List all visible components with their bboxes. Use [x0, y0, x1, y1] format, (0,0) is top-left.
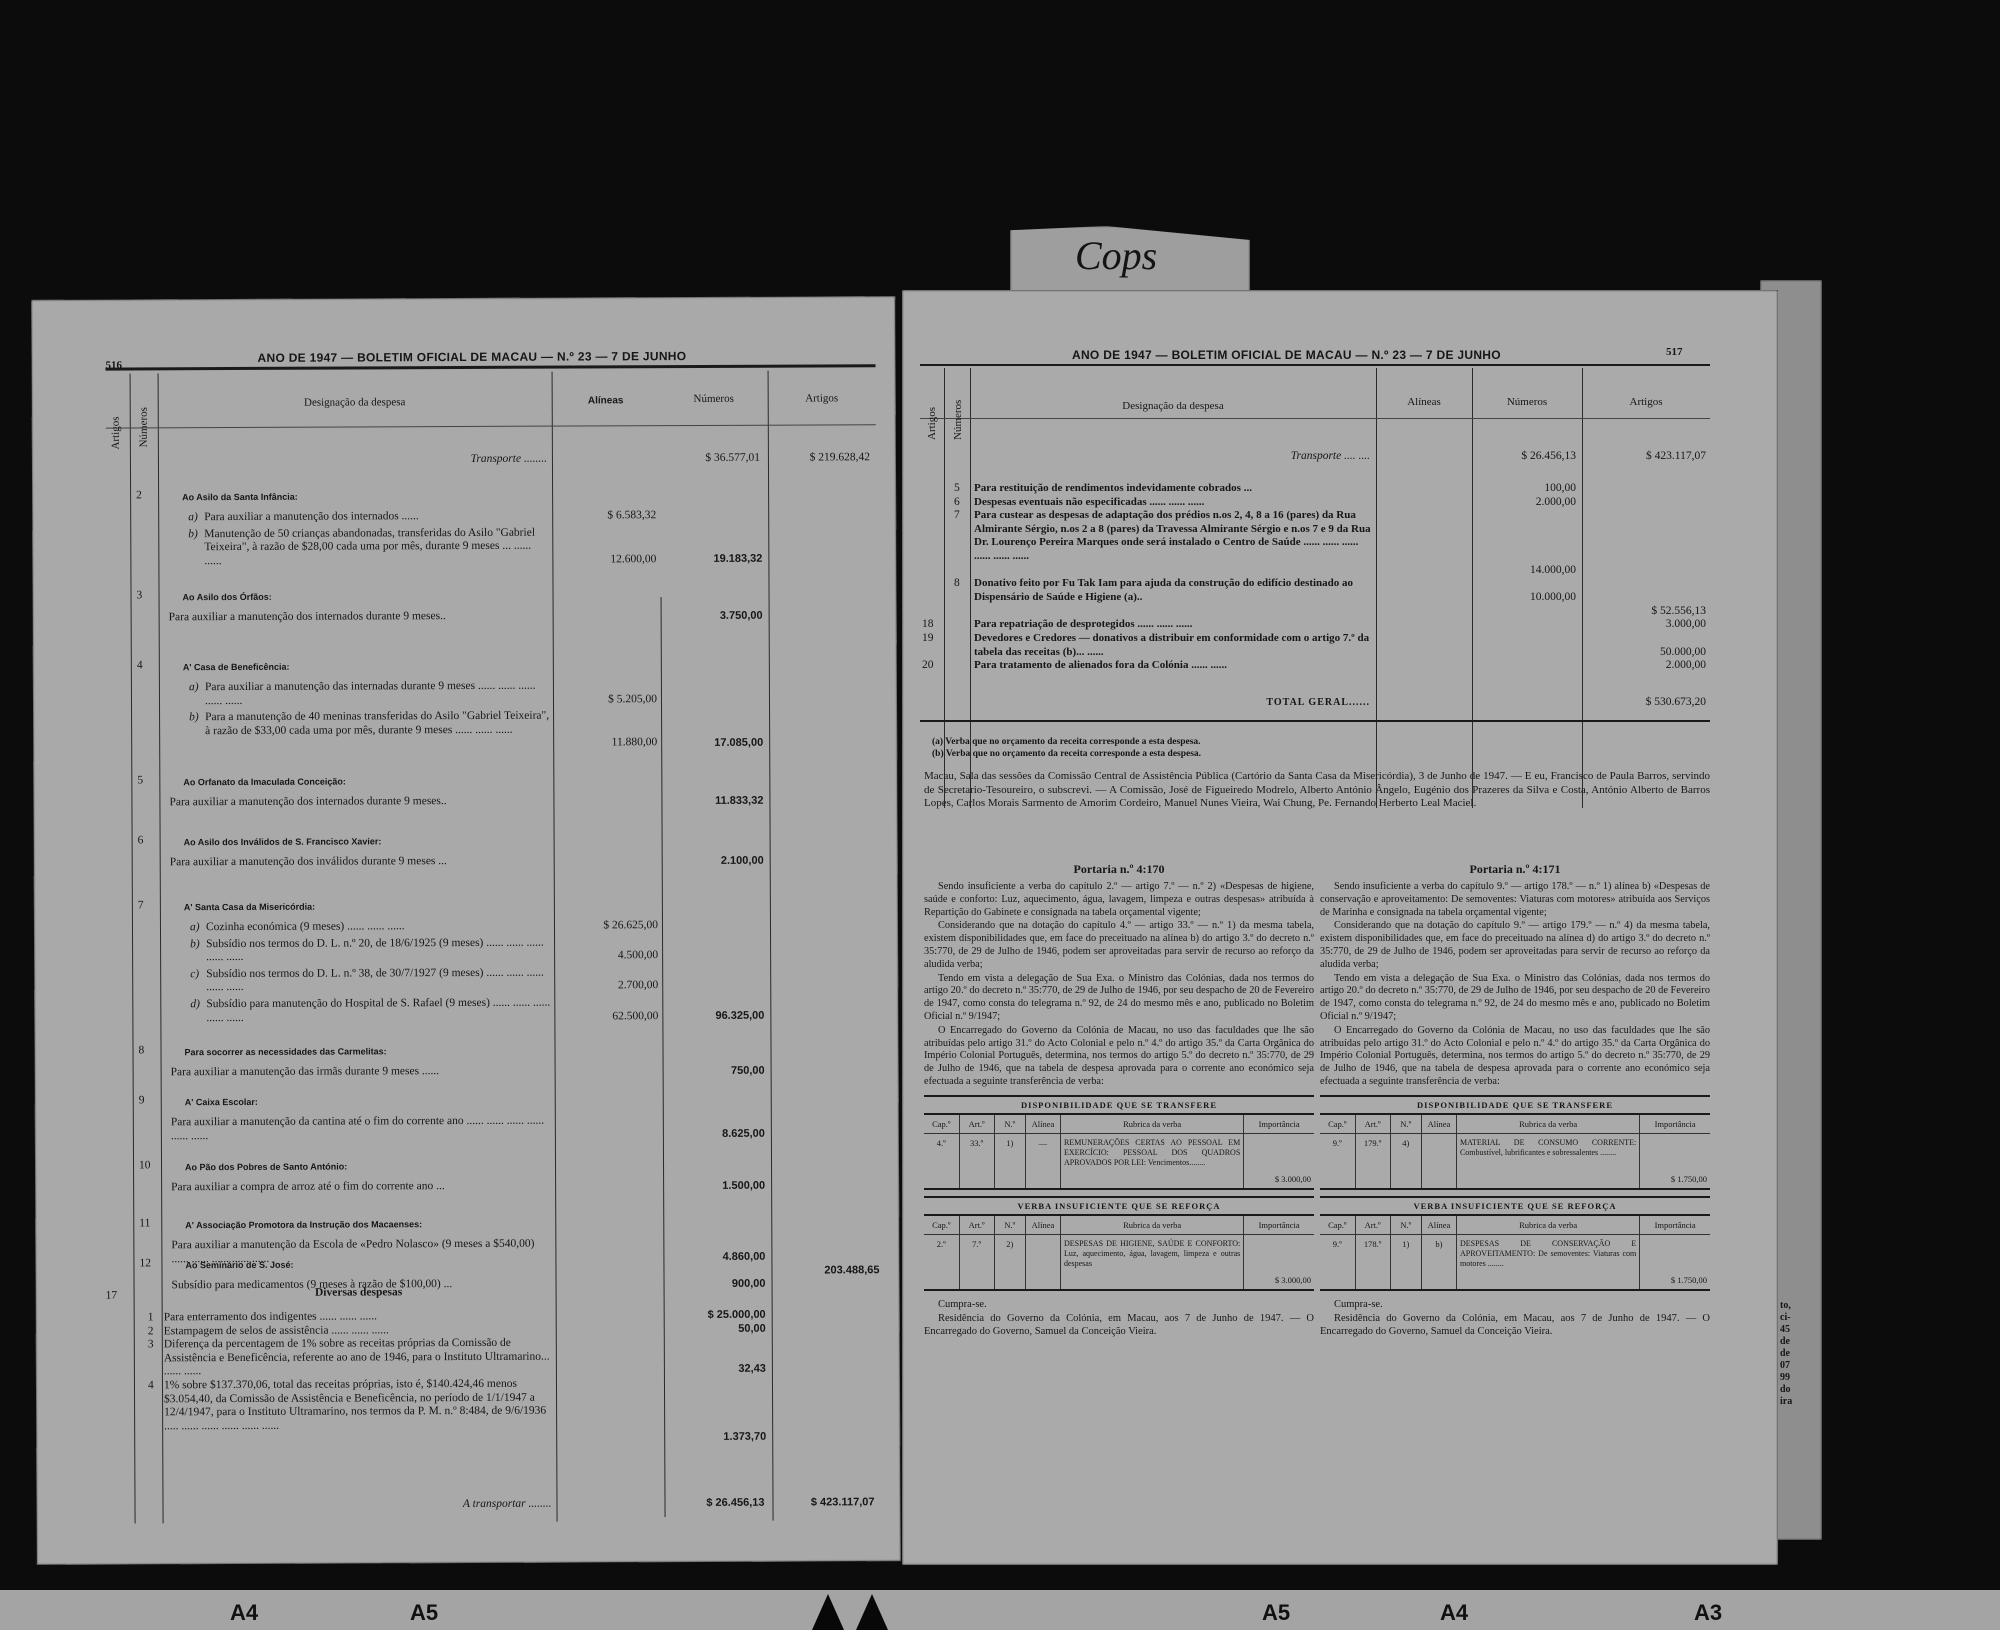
total-geral-label: TOTAL GERAL...... — [1102, 696, 1370, 710]
table-cell: $ 3.000,00 — [1244, 1133, 1314, 1188]
table-header: Rubrica da verba — [1456, 1115, 1639, 1134]
right-page: ANO DE 1947 — BOLETIM OFICIAL DE MACAU —… — [902, 290, 1778, 1565]
item-number: 3 — [148, 1339, 154, 1353]
table-cell: DESPESAS DE CONSERVAÇÃO E APROVEITAMENTO… — [1456, 1234, 1639, 1289]
section-number: 4 — [137, 659, 143, 673]
item-letter: a) — [189, 681, 199, 695]
table-header: Cap.º — [924, 1115, 959, 1134]
signature: Residência do Governo da Colónia, em Mac… — [924, 1313, 1314, 1339]
table-header: Cap.º — [1320, 1115, 1355, 1134]
table-header: N.º — [994, 1115, 1025, 1134]
table-cell: 1) — [1390, 1234, 1421, 1289]
table-title: VERBA INSUFICIENTE QUE SE REFORÇA — [924, 1198, 1314, 1216]
row-text: Para tratamento de alienados fora da Col… — [974, 659, 1372, 673]
row-numero: 6 — [954, 496, 960, 510]
a-transportar-numeros: $ 26.456,13 — [664, 1497, 764, 1509]
edge-fragment: 07 — [1780, 1360, 1792, 1372]
table-cell: 4.º — [924, 1133, 959, 1188]
row-text: Para custear as despesas de adaptação do… — [974, 509, 1372, 563]
section-title: Ao Orfanato da Imaculada Conceição: — [183, 776, 346, 790]
section-number: 10 — [139, 1159, 151, 1173]
section-number: 11 — [139, 1217, 150, 1231]
item-text: Para auxiliar a manutenção das internada… — [205, 680, 551, 709]
item-text: Para auxiliar a manutenção dos internado… — [169, 795, 551, 810]
table-cell: $ 1.750,00 — [1640, 1234, 1710, 1289]
col-artigos: Artigos — [110, 416, 122, 449]
table-title: DISPONIBILIDADE QUE SE TRANSFERE — [924, 1097, 1314, 1115]
film-marker-triangle — [856, 1594, 888, 1630]
edge-fragment: 99 — [1780, 1372, 1792, 1384]
film-mark: A4 — [230, 1600, 258, 1626]
portaria-paragraph: Sendo insuficiente a verba do capítulo 2… — [924, 881, 1314, 919]
row-artigos-amount: 2.000,00 — [1586, 659, 1706, 671]
table-cell: REMUNERAÇÕES CERTAS AO PESSOAL EM EXERCÍ… — [1060, 1133, 1243, 1188]
table-cell: 33.º — [959, 1133, 994, 1188]
section-number: 12 — [139, 1257, 151, 1271]
item-alinea-amount: 2.700,00 — [556, 980, 658, 992]
edge-fragment: de — [1780, 1336, 1792, 1348]
col-numeros: Números — [952, 400, 964, 440]
row-numero: 8 — [954, 577, 960, 591]
item-text: Manutenção de 50 crianças abandonadas, t… — [204, 526, 550, 568]
transporte-artigos: $ 219.628,42 — [772, 451, 870, 463]
section-title: Ao Seminário de S. José: — [185, 1259, 293, 1273]
table-cell: b) — [1421, 1234, 1456, 1289]
row-text: Donativo feito por Fu Tak Iam para ajuda… — [974, 577, 1372, 604]
item-alinea-amount: 4.500,00 — [556, 949, 658, 961]
row-text: Devedores e Credores — donativos a distr… — [974, 632, 1372, 659]
a-transportar-label: A transportar ........ — [336, 1498, 551, 1513]
item-letter: a) — [188, 511, 198, 525]
transporte-label: Transporte .... .... — [1102, 450, 1370, 464]
item-alinea-amount: 11.880,00 — [555, 737, 657, 749]
portaria-paragraph: Tendo em vista a delegação de Sua Exa. o… — [1320, 973, 1710, 1024]
row-text: Para restituição de rendimentos indevida… — [974, 482, 1372, 496]
film-marker-triangle — [812, 1594, 844, 1630]
item-text: Subsídio nos termos do D. L. n.º 20, de … — [206, 936, 552, 965]
row-artigo: 18 — [922, 618, 934, 632]
table-cell: — — [1025, 1133, 1060, 1188]
item-alinea-amount: $ 6.583,32 — [554, 509, 656, 521]
film-mark: A5 — [1262, 1600, 1290, 1626]
row-artigos-amount: 3.000,00 — [1586, 618, 1706, 630]
table-cell: $ 3.000,00 — [1244, 1234, 1314, 1289]
row-text: Despesas eventuais não especificadas ...… — [974, 496, 1372, 510]
transfer-table: Cap.ºArt.ºN.ºAlíneaRubrica da verbaImpor… — [1320, 1115, 1710, 1188]
total-geral-value: $ 530.673,20 — [1586, 696, 1706, 708]
table-cell: 178.º — [1355, 1234, 1390, 1289]
section-title: A' Associação Promotora da Instrução dos… — [185, 1218, 422, 1233]
section-numeros-amount: 900,00 — [668, 1277, 766, 1289]
section-numeros-amount: 19.183,32 — [664, 553, 762, 565]
row-numeros-amount: 14.000,00 — [1472, 564, 1576, 576]
item-text: Para auxiliar a manutenção da cantina at… — [171, 1115, 553, 1144]
col-alineas: Alíneas — [1376, 396, 1472, 408]
diversas-artigo: 17 — [106, 1290, 118, 1304]
table-cell: $ 1.750,00 — [1640, 1133, 1710, 1188]
page-header: ANO DE 1947 — BOLETIM OFICIAL DE MACAU —… — [1072, 348, 1501, 362]
section-number: 9 — [139, 1094, 145, 1108]
item-letter: b) — [190, 938, 200, 952]
col-numeros-amount: Números — [660, 393, 768, 405]
section-number: 3 — [137, 589, 143, 603]
item-numeros-amount: 50,00 — [668, 1322, 766, 1334]
row-numeros-amount: 10.000,00 — [1472, 591, 1576, 603]
section-number: 7 — [138, 899, 144, 913]
section-title: Ao Asilo dos Órfãos: — [183, 591, 272, 605]
edge-text-fragments: to,ci-45dede0799doira — [1780, 1300, 1792, 1408]
transporte-numeros: $ 26.456,13 — [1472, 450, 1576, 462]
item-numeros-amount: $ 25.000,00 — [668, 1309, 766, 1321]
footnote: (b) Verba que no orçamento da receita co… — [932, 748, 1201, 760]
col-artigos-amount: Artigos — [768, 392, 876, 404]
reinforce-table-block: VERBA INSUFICIENTE QUE SE REFORÇACap.ºAr… — [1320, 1196, 1710, 1291]
item-number: 1 — [148, 1311, 154, 1325]
item-letter: b) — [189, 711, 199, 725]
row-numero: 7 — [954, 509, 960, 523]
row-numero: 5 — [954, 482, 960, 496]
table-cell: 2) — [994, 1234, 1025, 1289]
diversas-title: Diversas despesas — [162, 1286, 556, 1301]
row-artigos-amount: 50.000,00 — [1586, 646, 1706, 658]
row-text: Para repatriação de desprotegidos ......… — [974, 618, 1372, 632]
item-alinea-amount: 12.600,00 — [554, 553, 656, 565]
table-header: N.º — [1390, 1216, 1421, 1235]
row-artigo: 20 — [922, 659, 934, 673]
table-header: Art.º — [959, 1216, 994, 1235]
col-numeros-amount: Números — [1472, 396, 1582, 408]
footnote: (a) Verba que no orçamento da receita co… — [932, 736, 1201, 748]
transporte-label: Transporte ........ — [332, 453, 547, 468]
table-cell — [1421, 1133, 1456, 1188]
item-text: Diferença da percentagem de 1% sobre as … — [164, 1337, 554, 1379]
left-page: 516 ANO DE 1947 — BOLETIM OFICIAL DE MAC… — [31, 296, 901, 1565]
transfer-table-block: DISPONIBILIDADE QUE SE TRANSFERECap.ºArt… — [1320, 1095, 1710, 1190]
table-cell: 1) — [994, 1133, 1025, 1188]
section-title: Ao Asilo dos Inválidos de S. Francisco X… — [184, 835, 382, 849]
table-title: DISPONIBILIDADE QUE SE TRANSFERE — [1320, 1097, 1710, 1115]
item-text: Para auxiliar a compra de arroz até o fi… — [171, 1180, 553, 1195]
section-numeros-amount: 4.860,00 — [667, 1251, 765, 1263]
edge-fragment: ci- — [1780, 1312, 1792, 1324]
section-numeros-amount: 8.625,00 — [667, 1128, 765, 1140]
closing-paragraph: Macau, Sala das sessões da Comissão Cent… — [924, 770, 1710, 811]
item-alinea-amount: 62.500,00 — [556, 1010, 658, 1022]
portaria-4170: Portaria n.º 4:170Sendo insuficiente a v… — [924, 856, 1314, 1338]
transfer-table: Cap.ºArt.ºN.ºAlíneaRubrica da verbaImpor… — [924, 1216, 1314, 1289]
table-header: Alínea — [1025, 1216, 1060, 1235]
artigo-16-total: 203.488,65 — [775, 1264, 879, 1276]
row-artigos-amount: $ 52.556,13 — [1586, 605, 1706, 617]
table-header: Importância — [1640, 1115, 1710, 1134]
table-header: Cap.º — [1320, 1216, 1355, 1235]
item-text: Subsídio para manutenção do Hospital de … — [206, 997, 552, 1026]
transfer-table-block: DISPONIBILIDADE QUE SE TRANSFERECap.ºArt… — [924, 1095, 1314, 1190]
table-cell: 4) — [1390, 1133, 1421, 1188]
table-header: Rubrica da verba — [1060, 1115, 1243, 1134]
item-text: Para auxiliar a manutenção dos inválidos… — [170, 855, 552, 870]
item-text: 1% sobre $137.370,06, total das receitas… — [164, 1378, 554, 1434]
section-number: 8 — [138, 1044, 144, 1058]
film-mark: A5 — [410, 1600, 438, 1626]
section-title: A' Caixa Escolar: — [185, 1096, 258, 1110]
portaria-paragraph: Tendo em vista a delegação de Sua Exa. o… — [924, 973, 1314, 1024]
table-cell: 7.º — [959, 1234, 994, 1289]
col-artigos-amount: Artigos — [1582, 396, 1710, 408]
page-number: 517 — [1666, 346, 1683, 358]
diversas-items: 1Para enterramento dos indigentes ......… — [31, 296, 895, 300]
item-number: 2 — [148, 1325, 154, 1339]
item-text: Para auxiliar a manutenção das irmãs dur… — [171, 1065, 553, 1080]
item-letter: d) — [190, 998, 200, 1012]
transfer-table: Cap.ºArt.ºN.ºAlíneaRubrica da verbaImpor… — [924, 1115, 1314, 1188]
section-numeros-amount: 1.500,00 — [667, 1179, 765, 1191]
section-numeros-amount: 3.750,00 — [665, 609, 763, 621]
item-alinea-amount: $ 26.625,00 — [556, 919, 658, 931]
film-mark: A3 — [1694, 1600, 1722, 1626]
transporte-artigos: $ 423.117,07 — [1586, 450, 1706, 462]
section-number: 5 — [137, 774, 143, 788]
portaria-paragraph: O Encarregado do Governo da Colónia de M… — [1320, 1025, 1710, 1089]
col-numeros: Números — [138, 407, 150, 447]
signature: Residência do Governo da Colónia, em Mac… — [1320, 1313, 1710, 1339]
section-numeros-amount: 96.325,00 — [666, 1010, 764, 1022]
item-alinea-amount: $ 5.205,00 — [555, 693, 657, 705]
table-header: Alínea — [1421, 1115, 1456, 1134]
item-text: Subsídio nos termos do D. L. n.º 38, de … — [206, 966, 552, 995]
section-title: Para socorrer as necessidades das Carmel… — [185, 1045, 387, 1059]
row-artigo: 19 — [922, 632, 934, 646]
portaria-paragraph: O Encarregado do Governo da Colónia de M… — [924, 1025, 1314, 1089]
portaria-title: Portaria n.º 4:171 — [1320, 862, 1710, 877]
table-title: VERBA INSUFICIENTE QUE SE REFORÇA — [1320, 1198, 1710, 1216]
section-numeros-amount: 750,00 — [667, 1064, 765, 1076]
section-title: Ao Asilo da Santa Infância: — [182, 491, 298, 505]
reinforce-table-block: VERBA INSUFICIENTE QUE SE REFORÇACap.ºAr… — [924, 1196, 1314, 1291]
col-alineas: Alíneas — [552, 395, 660, 406]
cumpra-se: Cumpra-se. — [924, 1299, 1314, 1310]
item-numeros-amount: 1.373,70 — [668, 1431, 766, 1443]
table-header: Alínea — [1421, 1216, 1456, 1235]
item-text: Para a manutenção de 40 meninas transfer… — [205, 710, 551, 739]
table-header: Importância — [1640, 1216, 1710, 1235]
table-cell: DESPESAS DE HIGIENE, SAÚDE E CONFORTO: L… — [1060, 1234, 1243, 1289]
portaria-title: Portaria n.º 4:170 — [924, 862, 1314, 877]
section-title: A' Santa Casa da Misericórdia: — [184, 901, 315, 915]
a-transportar-artigos: $ 423.117,07 — [776, 1496, 874, 1508]
handwritten-note: Cops — [1075, 232, 1157, 279]
edge-fragment: ira — [1780, 1396, 1792, 1408]
edge-fragment: de — [1780, 1348, 1792, 1360]
section-title: A' Casa de Beneficência: — [183, 661, 290, 675]
portaria-paragraph: Considerando que na dotação do capítulo … — [1320, 920, 1710, 971]
col-artigos: Artigos — [926, 407, 938, 440]
table-cell — [1025, 1234, 1060, 1289]
portaria-4171: Portaria n.º 4:171Sendo insuficiente a v… — [1320, 856, 1710, 1338]
portaria-paragraph: Considerando que na dotação do capítulo … — [924, 920, 1314, 971]
section-numeros-amount: 17.085,00 — [665, 737, 763, 749]
table-header: Art.º — [1355, 1216, 1390, 1235]
section-number: 2 — [136, 489, 142, 503]
table-cell: 179.º — [1355, 1133, 1390, 1188]
edge-fragment: 45 — [1780, 1324, 1792, 1336]
item-letter: a) — [190, 921, 200, 935]
table-header: Art.º — [959, 1115, 994, 1134]
table-header: N.º — [994, 1216, 1025, 1235]
edge-fragment: to, — [1780, 1300, 1792, 1312]
edge-fragment: do — [1780, 1384, 1792, 1396]
table-header: Cap.º — [924, 1216, 959, 1235]
row-numeros-amount: 2.000,00 — [1472, 496, 1576, 508]
row-numeros-amount: 100,00 — [1472, 482, 1576, 494]
table-cell: 9.º — [1320, 1234, 1355, 1289]
table-header: Art.º — [1355, 1115, 1390, 1134]
table-header: Rubrica da verba — [1060, 1216, 1243, 1235]
item-text: Para auxiliar a manutenção dos internado… — [169, 610, 551, 625]
table-header: Importância — [1244, 1115, 1314, 1134]
table-header: Importância — [1244, 1216, 1314, 1235]
transfer-table: Cap.ºArt.ºN.ºAlíneaRubrica da verbaImpor… — [1320, 1216, 1710, 1289]
item-number: 4 — [148, 1379, 154, 1393]
item-text: Para auxiliar a manutenção dos internado… — [204, 510, 550, 525]
table-header: Alínea — [1025, 1115, 1060, 1134]
table-header: Rubrica da verba — [1456, 1216, 1639, 1235]
table-header: N.º — [1390, 1115, 1421, 1134]
item-letter: c) — [190, 968, 199, 982]
film-mark: A4 — [1440, 1600, 1468, 1626]
item-text: Cozinha económica (9 meses) ...... .....… — [206, 920, 552, 935]
table-cell: MATERIAL DE CONSUMO CORRENTE: Combustíve… — [1456, 1133, 1639, 1188]
transporte-numeros: $ 36.577,01 — [660, 452, 760, 464]
item-numeros-amount: 32,43 — [668, 1363, 766, 1375]
expense-sections: 2Ao Asilo da Santa Infância:a)Para auxil… — [31, 296, 895, 300]
table-cell: 9.º — [1320, 1133, 1355, 1188]
page-header: ANO DE 1947 — BOLETIM OFICIAL DE MACAU —… — [257, 349, 686, 365]
table-cell: 2.º — [924, 1234, 959, 1289]
section-title: Ao Pão dos Pobres de Santo António: — [185, 1161, 347, 1175]
section-numeros-amount: 2.100,00 — [666, 854, 764, 866]
cumpra-se: Cumpra-se. — [1320, 1299, 1710, 1310]
portaria-paragraph: Sendo insuficiente a verba do capítulo 9… — [1320, 881, 1710, 919]
section-number: 6 — [138, 834, 144, 848]
footnotes: (a) Verba que no orçamento da receita co… — [932, 736, 1201, 760]
section-numeros-amount: 11.833,32 — [665, 794, 763, 806]
item-letter: b) — [188, 528, 198, 542]
col-designacao: Designação da despesa — [970, 400, 1376, 412]
col-designacao: Designação da despesa — [158, 396, 552, 410]
